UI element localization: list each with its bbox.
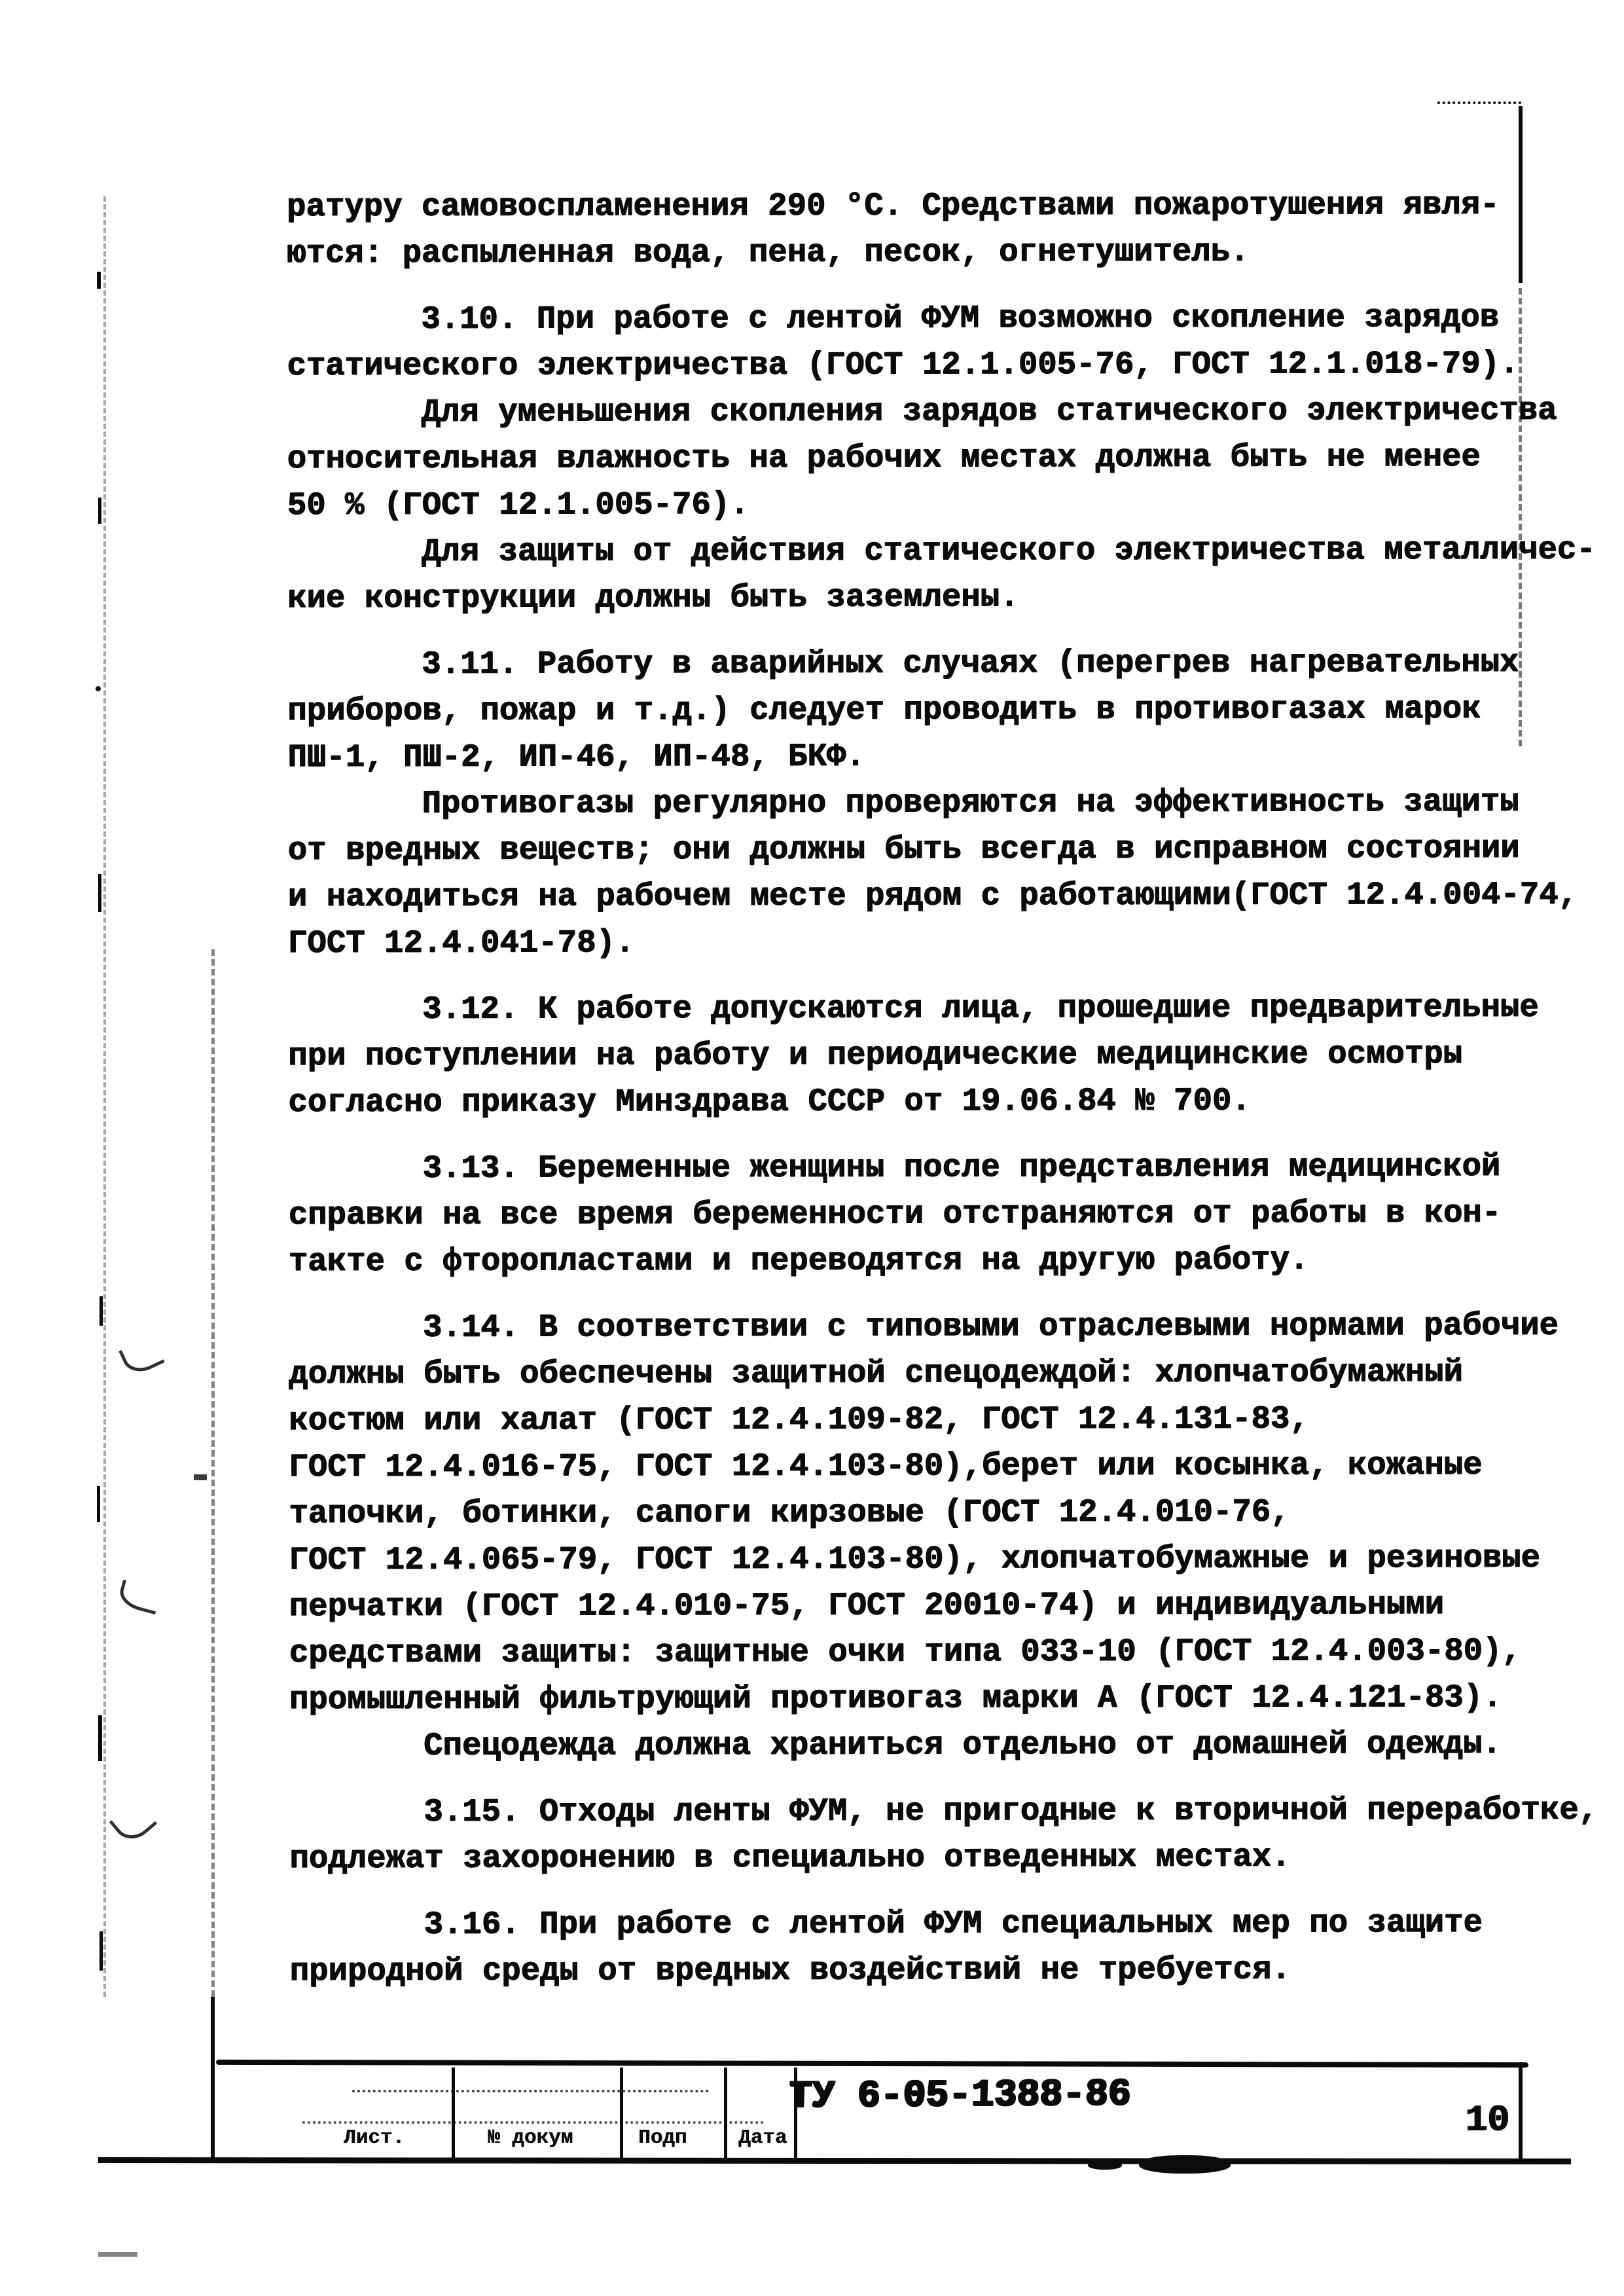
text-line: природной среды от вредных воздействий н… bbox=[289, 1946, 1533, 1994]
scan-artifact bbox=[98, 2252, 137, 2257]
title-block-line bbox=[1519, 2062, 1523, 2159]
text-line: 3.14. В соответствии с типовыми отраслев… bbox=[289, 1302, 1532, 1351]
title-block-line bbox=[452, 2068, 455, 2159]
text-line: 3.10. При работе с лентой ФУМ возможно с… bbox=[287, 294, 1530, 342]
text-line: относительная влажность на рабочих места… bbox=[287, 433, 1530, 482]
text-line: справки на все время беременности отстра… bbox=[288, 1190, 1532, 1238]
title-block-line bbox=[620, 2068, 623, 2159]
text-line: статического электричества (ГОСТ 12.1.00… bbox=[287, 340, 1530, 389]
scan-artifact bbox=[98, 498, 101, 524]
text-line: 3.16. При работе с лентой ФУМ специальны… bbox=[289, 1899, 1533, 1948]
scan-artifact bbox=[1519, 288, 1522, 746]
column-header-sign: Подп bbox=[638, 2126, 687, 2149]
scan-artifact bbox=[96, 686, 101, 691]
text-line: согласно приказу Минздрава СССР от 19.06… bbox=[288, 1077, 1532, 1125]
text-line: 3.12. К работе допускаются лица, прошедш… bbox=[288, 984, 1532, 1032]
scan-artifact bbox=[117, 1580, 162, 1614]
text-line: подлежат захоронению в специально отведе… bbox=[289, 1833, 1533, 1882]
scanned-document-page: ратуру самовоспламенения 290 °С. Средств… bbox=[0, 0, 1624, 2296]
page-number: 10 bbox=[1465, 2099, 1509, 2141]
text-line: кие конструкции должны быть заземлены. bbox=[287, 573, 1531, 621]
scan-artifact bbox=[99, 1931, 103, 1971]
text-line: ратуру самовоспламенения 290 °С. Средств… bbox=[287, 181, 1530, 230]
text-line: должны быть обеспечены защитной спецодеж… bbox=[289, 1349, 1532, 1397]
text-line: Для защиты от действия статического элек… bbox=[287, 526, 1531, 575]
text-line: 50 % (ГОСТ 12.1.005-76). bbox=[287, 480, 1530, 528]
text-line: и находиться на рабочем месте рядом с ра… bbox=[287, 871, 1531, 920]
text-line: тапочки, ботинки, сапоги кирзовые (ГОСТ … bbox=[289, 1488, 1532, 1537]
text-line: ПШ-1, ПШ-2, ИП-46, ИП-48, БКФ. bbox=[287, 732, 1531, 780]
scan-artifact bbox=[97, 1486, 100, 1522]
text-line: Для уменьшения скопления зарядов статиче… bbox=[287, 387, 1530, 435]
scan-artifact bbox=[118, 1336, 165, 1378]
title-block-row-line bbox=[302, 2121, 764, 2124]
scan-artifact bbox=[98, 1715, 102, 1761]
title-block-top-border bbox=[216, 2060, 1528, 2068]
text-line: ются: распыленная вода, пена, песок, огн… bbox=[287, 228, 1530, 276]
title-block-bottom-border bbox=[98, 2157, 1571, 2164]
text-line: промышленный фильтрующий противогаз марк… bbox=[289, 1674, 1533, 1722]
text-line: от вредных веществ; они должны быть всег… bbox=[287, 825, 1531, 873]
text-line: при поступлении на работу и периодически… bbox=[288, 1030, 1532, 1079]
column-header-date: Дата bbox=[738, 2126, 787, 2149]
ink-blob bbox=[1139, 2155, 1231, 2174]
title-block-row-line bbox=[352, 2090, 709, 2092]
document-number: ТУ 6-05-1388-86 bbox=[788, 2073, 1156, 2118]
ink-blob bbox=[1088, 2160, 1122, 2170]
scan-artifact bbox=[103, 196, 106, 1997]
scan-artifact bbox=[1519, 106, 1523, 283]
column-header-docnum: № докум bbox=[488, 2126, 573, 2149]
text-line: перчатки (ГОСТ 12.4.010-75, ГОСТ 20010-7… bbox=[289, 1581, 1532, 1630]
scan-artifact bbox=[97, 272, 101, 289]
text-line: средствами защиты: защитные очки типа 03… bbox=[289, 1628, 1532, 1676]
scan-artifact bbox=[194, 1474, 207, 1480]
scan-artifact bbox=[98, 874, 101, 912]
document-body: ратуру самовоспламенения 290 °С. Средств… bbox=[287, 181, 1534, 1994]
scan-artifact bbox=[211, 949, 215, 1997]
text-line: 3.11. Работу в аварийных случаях (перегр… bbox=[287, 639, 1531, 687]
text-line: 3.15. Отходы ленты ФУМ, не пригодные к в… bbox=[289, 1787, 1533, 1835]
text-line: 3.13. Беременные женщины после представл… bbox=[288, 1143, 1532, 1192]
text-line: ГОСТ 12.4.065-79, ГОСТ 12.4.103-80), хло… bbox=[289, 1535, 1532, 1583]
scan-artifact bbox=[109, 1799, 158, 1847]
text-line: ГОСТ 12.4.016-75, ГОСТ 12.4.103-80),бере… bbox=[289, 1442, 1532, 1490]
text-line: Спецодежда должна храниться отдельно от … bbox=[289, 1721, 1533, 1769]
scan-artifact bbox=[211, 1997, 215, 2160]
scan-artifact bbox=[99, 1296, 103, 1326]
scan-artifact bbox=[1437, 101, 1521, 104]
text-line: такте с фторопластами и переводятся на д… bbox=[288, 1236, 1532, 1285]
text-line: приборов, пожар и т.д.) следует проводит… bbox=[287, 685, 1531, 734]
title-block-line bbox=[724, 2068, 727, 2159]
text-line: ГОСТ 12.4.041-78). bbox=[288, 918, 1532, 966]
text-line: Противогазы регулярно проверяются на эфф… bbox=[287, 778, 1531, 827]
column-header-list: Лист. bbox=[344, 2126, 405, 2149]
text-line: костюм или халат (ГОСТ 12.4.109-82, ГОСТ… bbox=[289, 1395, 1532, 1444]
